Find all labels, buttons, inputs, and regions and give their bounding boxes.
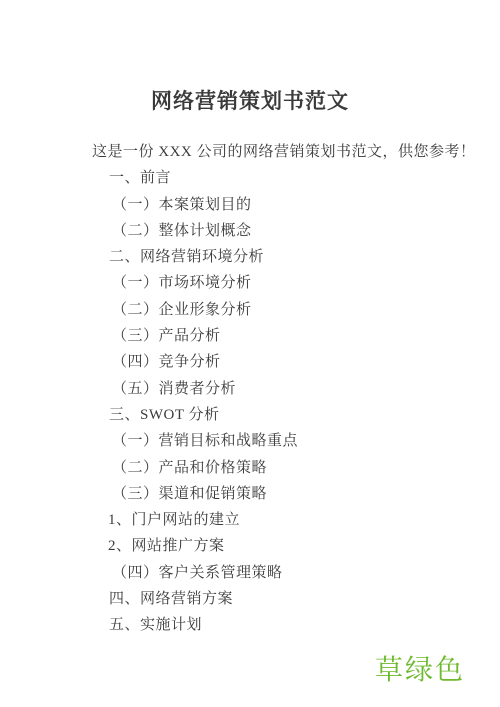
toc-line: 1、门户网站的建立 — [108, 507, 480, 533]
toc-line: 五、实施计划 — [109, 612, 480, 638]
table-of-contents: 这是一份 XXX 公司的网络营销策划书范文，供您参考！一、前言（一）本案策划目的… — [92, 139, 480, 639]
toc-line: 四、网络营销方案 — [109, 586, 480, 612]
toc-line: 这是一份 XXX 公司的网络营销策划书范文，供您参考！ — [92, 139, 480, 165]
toc-line: （二）产品和价格策略 — [112, 455, 480, 481]
watermark-green-label: 草绿色 — [375, 655, 465, 686]
document-title: 网络营销策划书范文 — [0, 85, 500, 115]
toc-line: 三、SWOT 分析 — [109, 402, 480, 428]
document-page: 网络营销策划书范文 这是一份 XXX 公司的网络营销策划书范文，供您参考！一、前… — [0, 0, 500, 707]
toc-line: （三）产品分析 — [112, 323, 480, 349]
toc-line: （四）客户关系管理策略 — [112, 560, 480, 586]
toc-line: （四）竞争分析 — [112, 349, 480, 375]
toc-line: 一、前言 — [109, 165, 480, 191]
toc-line: （一）市场环境分析 — [112, 270, 480, 296]
toc-line: 二、网络营销环境分析 — [109, 244, 480, 270]
toc-line: （五）消费者分析 — [112, 376, 480, 402]
toc-line: （三）渠道和促销策略 — [112, 481, 480, 507]
toc-line: （一）营销目标和战略重点 — [112, 428, 480, 454]
toc-line: （二）企业形象分析 — [112, 297, 480, 323]
toc-line: （一）本案策划目的 — [112, 192, 480, 218]
toc-line: （二）整体计划概念 — [112, 218, 480, 244]
toc-line: 2、网站推广方案 — [108, 533, 480, 559]
